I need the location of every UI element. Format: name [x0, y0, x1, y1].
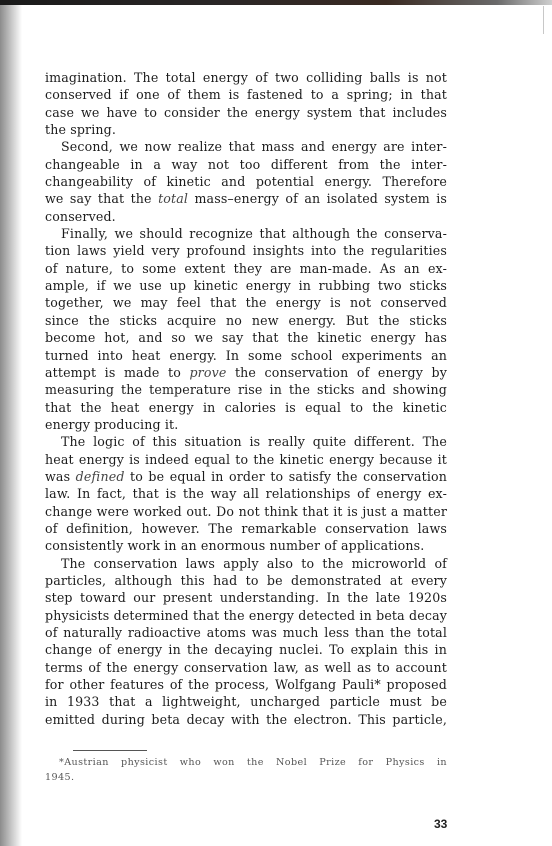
- text-line: Second, we now realize that mass and ene…: [45, 138, 447, 155]
- footnote-line: *Austrian physicist who won the Nobel Pr…: [45, 755, 447, 770]
- text-line: step toward our present understanding. I…: [45, 589, 447, 606]
- text-line: change were worked out. Do not think tha…: [45, 503, 447, 520]
- paragraph: imagination. The total energy of two col…: [45, 69, 447, 138]
- text-line: of nature, to some extent they are man-m…: [45, 260, 447, 277]
- text-line: changeable in a way not too different fr…: [45, 156, 447, 173]
- text-line: the spring.: [45, 121, 447, 138]
- text-line: turned into heat energy. In some school …: [45, 347, 447, 364]
- text-line: tion laws yield very profound insights i…: [45, 242, 447, 259]
- text-line: energy producing it.: [45, 416, 447, 433]
- text-line: The conservation laws apply also to the …: [45, 555, 447, 572]
- text-line: change of energy in the decaying nuclei.…: [45, 641, 447, 658]
- binding-shadow: [0, 0, 22, 846]
- text-line: of definition, however. The remarkable c…: [45, 520, 447, 537]
- text-line: for other features of the process, Wolfg…: [45, 676, 447, 693]
- book-page: imagination. The total energy of two col…: [0, 0, 552, 846]
- paragraph: Finally, we should recognize that althou…: [45, 225, 447, 433]
- text-line: of naturally radioactive atoms was much …: [45, 624, 447, 641]
- text-line: measuring the temperature rise in the st…: [45, 381, 447, 398]
- text-line: imagination. The total energy of two col…: [45, 69, 447, 86]
- text-line: that the heat energy in calories is equa…: [45, 399, 447, 416]
- text-line: attempt is made to prove the conservatio…: [45, 364, 447, 381]
- footnote: *Austrian physicist who won the Nobel Pr…: [45, 755, 447, 785]
- page-top-edge: [0, 0, 552, 5]
- text-line: was defined to be equal in order to sati…: [45, 468, 447, 485]
- text-line: Finally, we should recognize that althou…: [45, 225, 447, 242]
- text-line: become hot, and so we say that the kinet…: [45, 329, 447, 346]
- footnote-line: 1945.: [45, 770, 447, 785]
- page-number: 33: [434, 817, 447, 831]
- text-line: since the sticks acquire no new energy. …: [45, 312, 447, 329]
- text-line: terms of the energy conservation law, as…: [45, 659, 447, 676]
- text-line: law. In fact, that is the way all relati…: [45, 485, 447, 502]
- emphasis: total: [158, 191, 188, 206]
- paragraph: The logic of this situation is really qu…: [45, 433, 447, 554]
- body-text: imagination. The total energy of two col…: [45, 69, 447, 728]
- text-line: together, we may feel that the energy is…: [45, 294, 447, 311]
- text-line: heat energy is indeed equal to the kinet…: [45, 451, 447, 468]
- text-line: conserved.: [45, 208, 447, 225]
- footnote-rule: [73, 750, 147, 751]
- text-line: particles, although this had to be demon…: [45, 572, 447, 589]
- text-line: emitted during beta decay with the elect…: [45, 711, 447, 728]
- text-line: consistently work in an enormous number …: [45, 537, 447, 554]
- text-line: ample, if we use up kinetic energy in ru…: [45, 277, 447, 294]
- page-curl-mark: [543, 6, 544, 34]
- paragraph: The conservation laws apply also to the …: [45, 555, 447, 728]
- text-line: in 1933 that a lightweight, uncharged pa…: [45, 693, 447, 710]
- emphasis: prove: [189, 365, 226, 380]
- paragraph: Second, we now realize that mass and ene…: [45, 138, 447, 225]
- text-line: The logic of this situation is really qu…: [45, 433, 447, 450]
- text-line: changeability of kinetic and potential e…: [45, 173, 447, 190]
- text-line: case we have to consider the energy syst…: [45, 104, 447, 121]
- text-line: physicists determined that the energy de…: [45, 607, 447, 624]
- text-line: conserved if one of them is fastened to …: [45, 86, 447, 103]
- emphasis: defined: [76, 469, 125, 484]
- text-line: we say that the total mass–energy of an …: [45, 190, 447, 207]
